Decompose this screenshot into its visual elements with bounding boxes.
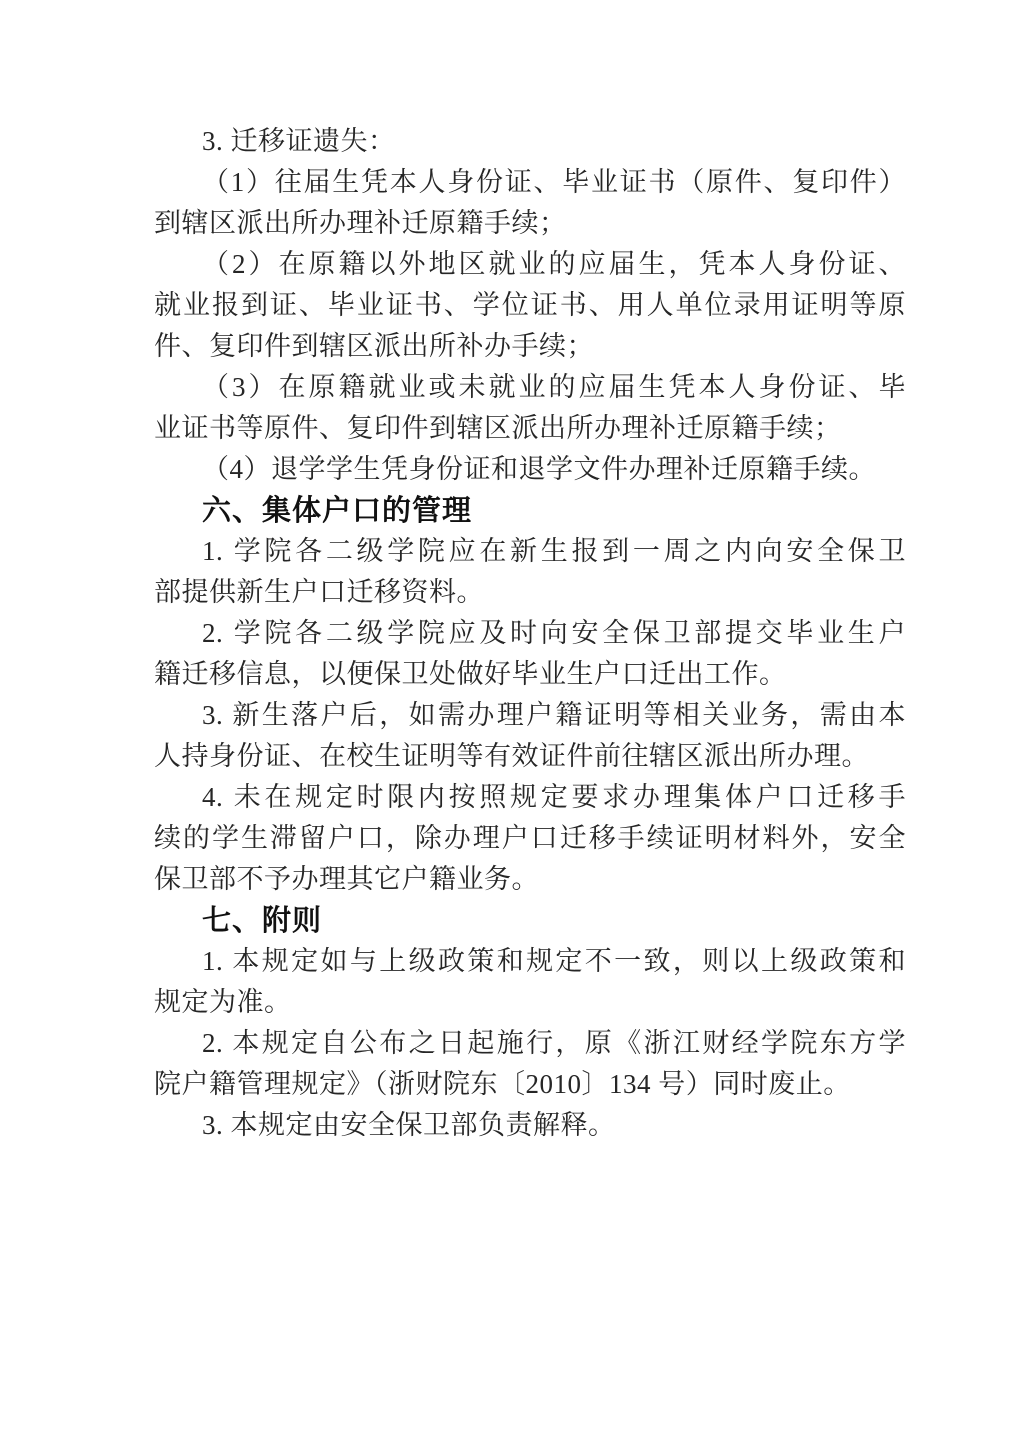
text-line: 1. 本规定如与上级政策和规定不一致，则以上级政策和 [154, 941, 906, 982]
text-line: 规定为准。 [154, 982, 906, 1023]
text-line: 2. 本规定自公布之日起施行，原《浙江财经学院东方学 [154, 1023, 906, 1064]
text-line: 保卫部不予办理其它户籍业务。 [154, 859, 906, 900]
text-line: （1）往届生凭本人身份证、毕业证书（原件、复印件） [154, 162, 906, 203]
section-heading: 六、集体户口的管理 [154, 490, 906, 531]
document-page: 3. 迁移证遗失：（1）往届生凭本人身份证、毕业证书（原件、复印件）到辖区派出所… [0, 0, 1024, 1448]
text-line: 4. 未在规定时限内按照规定要求办理集体户口迁移手 [154, 777, 906, 818]
text-line: 七、附则 [154, 900, 906, 941]
text-line: 2. 学院各二级学院应及时向安全保卫部提交毕业生户 [154, 613, 906, 654]
text-line: 籍迁移信息，以便保卫处做好毕业生户口迁出工作。 [154, 654, 906, 695]
text-line: 3. 本规定由安全保卫部负责解释。 [154, 1105, 906, 1146]
text-line: 续的学生滞留户口，除办理户口迁移手续证明材料外，安全 [154, 818, 906, 859]
paragraph: 1. 学院各二级学院应在新生报到一周之内向安全保卫部提供新生户口迁移资料。 [154, 531, 906, 613]
paragraph: 3. 迁移证遗失： [154, 121, 906, 162]
section-heading: 七、附则 [154, 900, 906, 941]
text-line: 件、复印件到辖区派出所补办手续； [154, 326, 906, 367]
paragraph: （2）在原籍以外地区就业的应届生，凭本人身份证、就业报到证、毕业证书、学位证书、… [154, 244, 906, 367]
paragraph: （4）退学学生凭身份证和退学文件办理补迁原籍手续。 [154, 449, 906, 490]
text-line: 人持身份证、在校生证明等有效证件前往辖区派出所办理。 [154, 736, 906, 777]
text-line: 院户籍管理规定》（浙财院东〔2010〕134 号）同时废止。 [154, 1064, 906, 1105]
text-line: （2）在原籍以外地区就业的应届生，凭本人身份证、 [154, 244, 906, 285]
paragraph: 1. 本规定如与上级政策和规定不一致，则以上级政策和规定为准。 [154, 941, 906, 1023]
text-line: 业证书等原件、复印件到辖区派出所办理补迁原籍手续； [154, 408, 906, 449]
text-line: 1. 学院各二级学院应在新生报到一周之内向安全保卫 [154, 531, 906, 572]
paragraph: 2. 学院各二级学院应及时向安全保卫部提交毕业生户籍迁移信息，以便保卫处做好毕业… [154, 613, 906, 695]
text-line: 部提供新生户口迁移资料。 [154, 572, 906, 613]
paragraph: （1）往届生凭本人身份证、毕业证书（原件、复印件）到辖区派出所办理补迁原籍手续； [154, 162, 906, 244]
paragraph: （3）在原籍就业或未就业的应届生凭本人身份证、毕业证书等原件、复印件到辖区派出所… [154, 367, 906, 449]
paragraph: 4. 未在规定时限内按照规定要求办理集体户口迁移手续的学生滞留户口，除办理户口迁… [154, 777, 906, 900]
text-line: 到辖区派出所办理补迁原籍手续； [154, 203, 906, 244]
paragraph: 3. 新生落户后，如需办理户籍证明等相关业务，需由本人持身份证、在校生证明等有效… [154, 695, 906, 777]
document-body: 3. 迁移证遗失：（1）往届生凭本人身份证、毕业证书（原件、复印件）到辖区派出所… [154, 121, 906, 1146]
paragraph: 2. 本规定自公布之日起施行，原《浙江财经学院东方学院户籍管理规定》（浙财院东〔… [154, 1023, 906, 1105]
text-line: （3）在原籍就业或未就业的应届生凭本人身份证、毕 [154, 367, 906, 408]
text-line: 六、集体户口的管理 [154, 490, 906, 531]
text-line: 3. 迁移证遗失： [154, 121, 906, 162]
text-line: （4）退学学生凭身份证和退学文件办理补迁原籍手续。 [154, 449, 906, 490]
paragraph: 3. 本规定由安全保卫部负责解释。 [154, 1105, 906, 1146]
text-line: 就业报到证、毕业证书、学位证书、用人单位录用证明等原 [154, 285, 906, 326]
text-line: 3. 新生落户后，如需办理户籍证明等相关业务，需由本 [154, 695, 906, 736]
